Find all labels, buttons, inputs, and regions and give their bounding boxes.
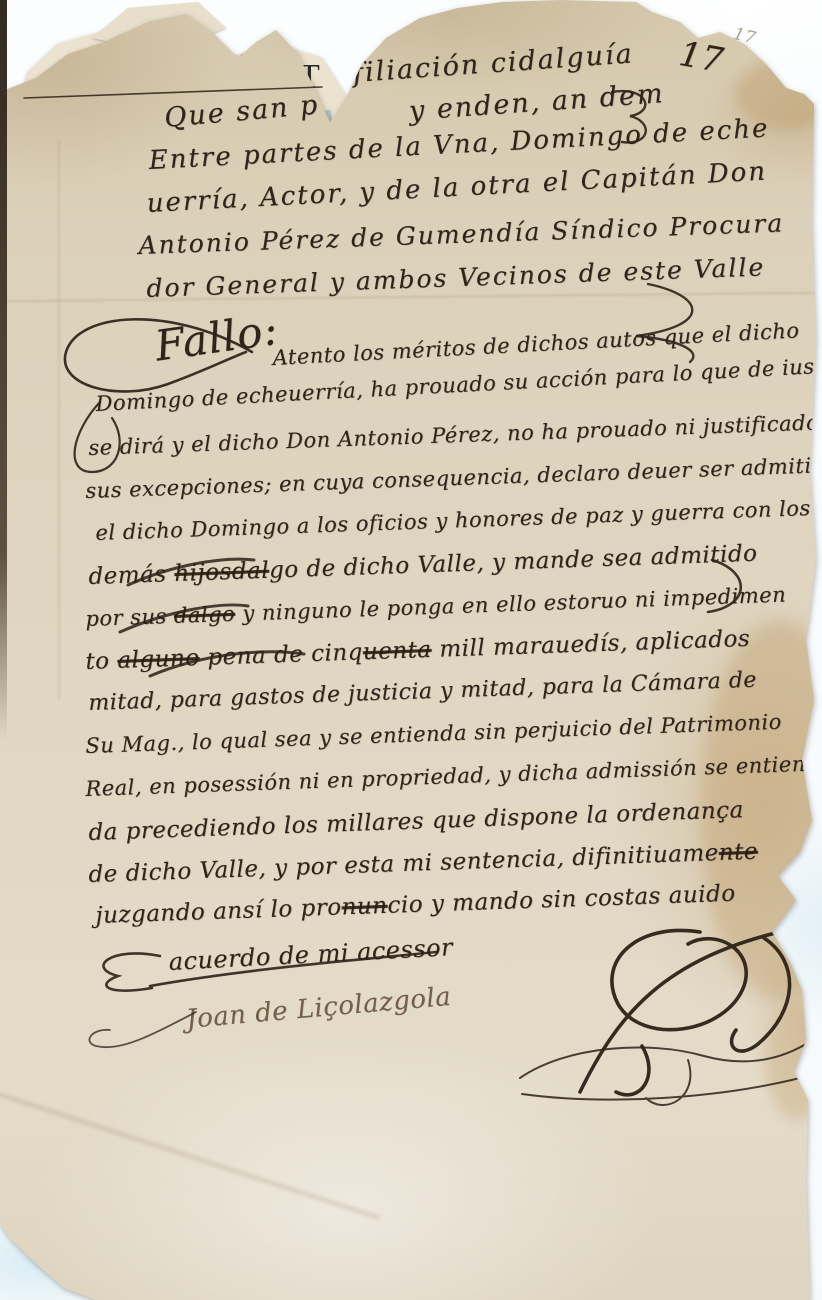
overlay-text-layer: 17 <box>0 0 822 1300</box>
manuscript-scan: TVilo 17filiación cidalguíaQue san py en… <box>0 0 822 1300</box>
text-segment: 17 <box>731 24 758 49</box>
page-number-pencil: 17 <box>731 24 758 49</box>
